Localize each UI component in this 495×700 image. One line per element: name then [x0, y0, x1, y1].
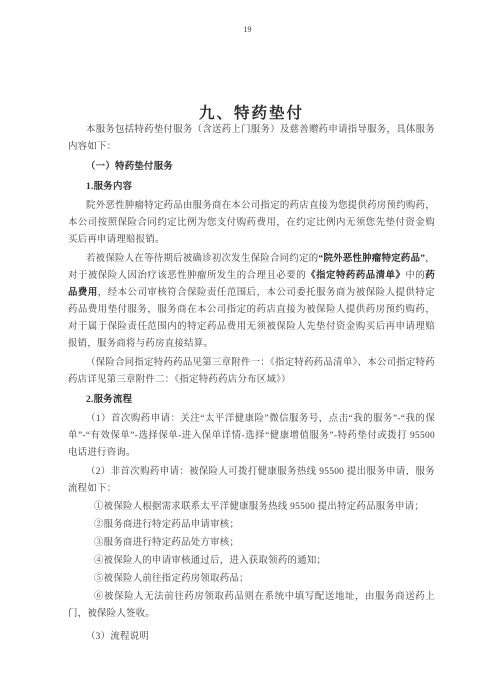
text-run: 本服务包括特药垫付服务（含送药上门服务）及慈善赠药申请指导服务，具体服务内容如下…: [68, 125, 435, 152]
paragraph: （保险合同指定特药药品见第三章附件一：《指定特药药品清单》、本公司指定特药药店详…: [68, 355, 435, 389]
paragraph: （3）流程说明: [68, 629, 435, 646]
emphasized-text-run: （一）特药垫付服务: [86, 162, 173, 172]
paragraph: 院外恶性肿瘤特定药品由服务商在本公司指定的药店直接为您提供药房预约购药，本公司按…: [68, 198, 435, 249]
text-run: ③服务商进行特定药品处方审核；: [94, 538, 239, 548]
text-run: （1）首次购药申请：关注“太平洋健康险”微信服务号，点击“我的服务”-“我的保单…: [68, 414, 435, 458]
text-run: （保险合同指定特药药品见第三章附件一：《指定特药药品清单》、本公司指定特药药店详…: [68, 358, 435, 385]
paragraph: （1）首次购药申请：关注“太平洋健康险”微信服务号，点击“我的服务”-“我的保单…: [68, 411, 435, 462]
emphasized-text-run: 1.服务内容: [86, 182, 132, 192]
list-item: ⑤被保险人前往指定药房领取药品；: [68, 571, 435, 588]
page-number: 19: [0, 25, 495, 34]
paragraph: 本服务包括特药垫付服务（含送药上门服务）及慈善赠药申请指导服务，具体服务内容如下…: [68, 122, 435, 156]
text-run: 院外恶性肿瘤特定药品由服务商在本公司指定的药店直接为您提供药房预约购药，本公司按…: [68, 201, 435, 245]
emphasized-text-run: “院外恶性肿瘤特定药品”: [318, 254, 425, 264]
text-run: ，经本公司审核符合保险责任范围后，本公司委托服务商为被保险人提供特定药品费用垫付…: [68, 288, 435, 349]
paragraph: 若被保险人在等待期后被确诊初次发生保险合同约定的“院外恶性肿瘤特定药品”，对于被…: [68, 251, 435, 353]
document-page: 19 九、特药垫付 本服务包括特药垫付服务（含送药上门服务）及慈善赠药申请指导服…: [0, 0, 495, 700]
text-run: ⑥被保险人无法前往药房领取药品则在系统中填写配送地址，由服务商送药上门，被保险人…: [68, 592, 435, 619]
list-item: ①被保险人根据需求联系太平洋健康服务热线 95500 提出特定药品服务申请；: [68, 499, 435, 516]
text-run: ①被保险人根据需求联系太平洋健康服务热线 95500 提出特定药品服务申请；: [94, 502, 424, 512]
list-item: ②服务商进行特定药品申请审核；: [68, 517, 435, 534]
text-run: ②服务商进行特定药品申请审核；: [94, 520, 239, 530]
document-body: 本服务包括特药垫付服务（含送药上门服务）及慈善赠药申请指导服务，具体服务内容如下…: [68, 120, 435, 646]
section-heading: （一）特药垫付服务: [68, 159, 435, 176]
text-run: ⑤被保险人前往指定药房领取药品；: [94, 574, 249, 584]
text-run: 若被保险人在等待期后被确诊初次发生保险合同约定的: [86, 254, 318, 264]
emphasized-text-run: 《指定特药药品清单》: [306, 271, 405, 281]
list-item: ④被保险人的申请审核通过后，进入获取领药的通知；: [68, 553, 435, 570]
text-run: （2）非首次购药申请：被保险人可拨打健康服务热线 95500 提出服务申请，服务…: [68, 467, 435, 494]
emphasized-text-run: 2.服务流程: [86, 395, 132, 405]
paragraph: （2）非首次购药申请：被保险人可拨打健康服务热线 95500 提出服务申请，服务…: [68, 464, 435, 498]
text-run: （3）流程说明: [86, 632, 149, 642]
list-item: ③服务商进行特定药品处方审核；: [68, 535, 435, 552]
text-run: 中的: [405, 271, 425, 281]
section-heading: 1.服务内容: [68, 179, 435, 196]
list-item: ⑥被保险人无法前往药房领取药品则在系统中填写配送地址，由服务商送药上门，被保险人…: [68, 589, 435, 623]
section-heading: 2.服务流程: [68, 392, 435, 409]
text-run: ④被保险人的申请审核通过后，进入获取领药的通知；: [94, 556, 326, 566]
